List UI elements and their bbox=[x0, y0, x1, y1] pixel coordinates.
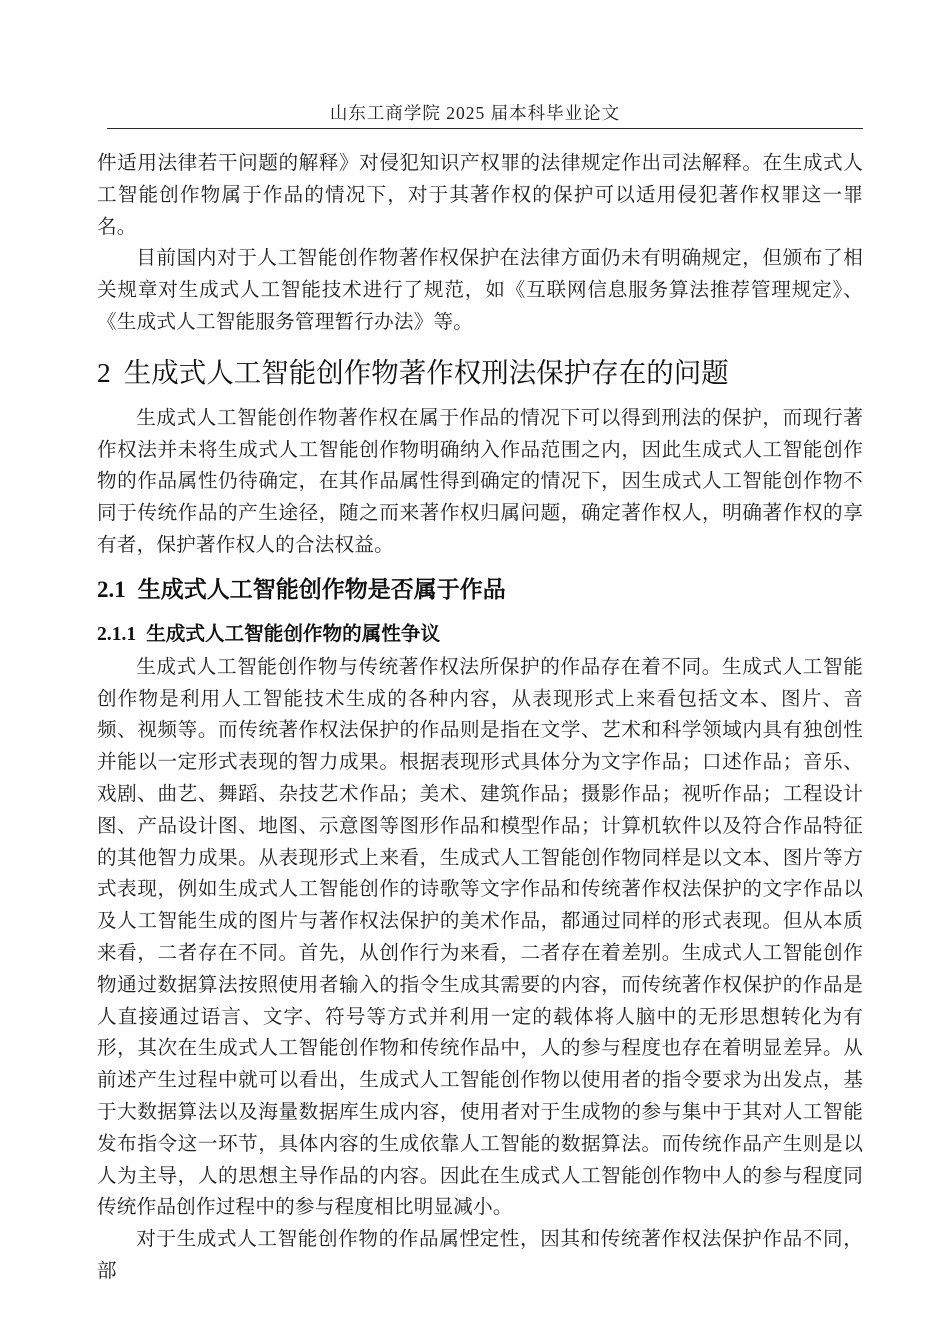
section-heading-2-number: 2 bbox=[97, 357, 111, 388]
page-header: 山东工商学院 2025 届本科毕业论文 bbox=[0, 0, 950, 129]
header-rule bbox=[107, 128, 863, 129]
section-heading-2-1: 2.1生成式人工智能创作物是否属于作品 bbox=[97, 572, 863, 607]
section-heading-2-1-1: 2.1.1生成式人工智能创作物的属性争议 bbox=[97, 619, 863, 650]
section-heading-2: 2生成式人工智能创作物著作权刑法保护存在的问题 bbox=[97, 353, 863, 393]
section-heading-2-1-1-number: 2.1.1 bbox=[97, 624, 136, 645]
page-content: 件适用法律若干问题的解释》对侵犯知识产权罪的法律规定作出司法解释。在生成式人工智… bbox=[97, 148, 863, 1288]
paragraph-section2-intro: 生成式人工智能创作物著作权在属于作品的情况下可以得到刑法的保护，而现行著作权法并… bbox=[97, 403, 863, 562]
section-heading-2-1-title: 生成式人工智能创作物是否属于作品 bbox=[138, 576, 506, 602]
paragraph-current-regulations: 目前国内对于人工智能创作物著作权保护在法律方面仍未有明确规定，但颁布了相关规章对… bbox=[97, 243, 863, 338]
section-heading-2-1-1-title: 生成式人工智能创作物的属性争议 bbox=[146, 623, 440, 645]
thesis-page: 山东工商学院 2025 届本科毕业论文 件适用法律若干问题的解释》对侵犯知识产权… bbox=[0, 0, 950, 1344]
running-header-title: 山东工商学院 2025 届本科毕业论文 bbox=[0, 101, 950, 125]
section-heading-2-1-number: 2.1 bbox=[97, 577, 126, 602]
paragraph-attribute-dispute: 生成式人工智能创作物与传统著作权法所保护的作品存在着不同。生成式人工智能创作物是… bbox=[97, 652, 863, 1224]
paragraph-judicial-interpretation: 件适用法律若干问题的解释》对侵犯知识产权罪的法律规定作出司法解释。在生成式人工智… bbox=[97, 148, 863, 243]
page-number: 3 bbox=[0, 1224, 950, 1246]
section-heading-2-title: 生成式人工智能创作物著作权刑法保护存在的问题 bbox=[124, 357, 729, 388]
